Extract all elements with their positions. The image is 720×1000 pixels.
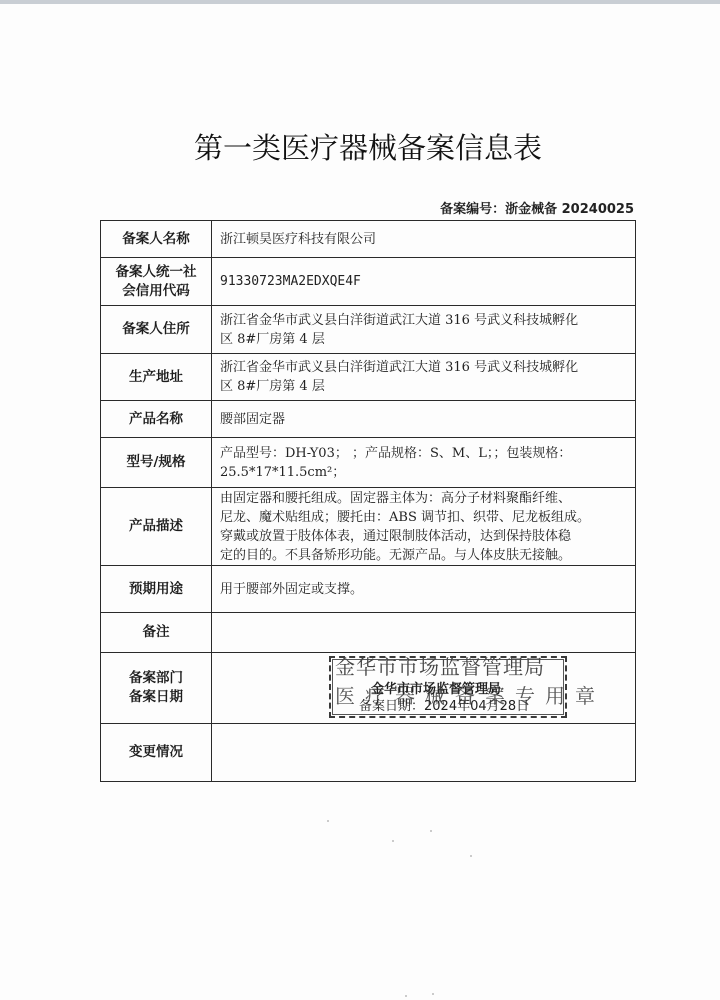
row-value [212,613,636,653]
row-value: 腰部固定器 [212,401,636,438]
scan-speck [327,820,329,822]
top-edge-bar [0,0,720,4]
row-value: 浙江顿昊医疗科技有限公司 [212,221,636,258]
table-row-filer-address: 备案人住所 浙江省金华市武义县白洋街道武江大道 316 号武义科技城孵化 区 8… [101,306,636,354]
scan-speck [392,840,394,842]
scan-speck [430,830,432,832]
stamp-outer-line1: 金华市市场监督管理局 [335,658,545,677]
scan-speck [470,855,472,857]
row-value [212,724,636,782]
row-label: 变更情况 [101,724,212,782]
row-label: 备案人名称 [101,221,212,258]
table-row-model-spec: 型号/规格 产品型号：DH-Y03； ；产品规格：S、M、L；；包装规格： 25… [101,438,636,488]
record-number: 备案编号：浙金械备 20240025 [440,198,634,217]
table-row-intended-use: 预期用途 用于腰部外固定或支撑。 [101,566,636,613]
row-value: 用于腰部外固定或支撑。 [212,566,636,613]
scan-speck [405,995,407,997]
row-label: 产品名称 [101,401,212,438]
filing-info-table: 备案人名称 浙江顿昊医疗科技有限公司 备案人统一社 会信用代码 91330723… [100,220,636,782]
row-label: 型号/规格 [101,438,212,488]
row-value: 浙江省金华市武义县白洋街道武江大道 316 号武义科技城孵化 区 8#厂房第 4… [212,306,636,354]
scan-speck [432,993,434,995]
row-label: 产品描述 [101,488,212,566]
official-seal-stamp: 金华市市场监督管理局 医疗器械备案专用章 金华市市场监督管理局 备案日期：202… [329,656,567,718]
record-number-label: 备案编号： [440,202,505,217]
row-label: 备注 [101,613,212,653]
table-row-filing-dept-date: 备案部门 备案日期 金华市市场监督管理局 医疗器械备案专用章 金华市市场监督管理… [101,653,636,724]
row-label: 备案部门 备案日期 [101,653,212,724]
row-label: 生产地址 [101,354,212,401]
table-row-filer-name: 备案人名称 浙江顿昊医疗科技有限公司 [101,221,636,258]
table-row-remarks: 备注 [101,613,636,653]
table-row-credit-code: 备案人统一社 会信用代码 91330723MA2EDXQE4F [101,258,636,306]
table-row-product-description: 产品描述 由固定器和腰托组成。固定器主体为：高分子材料聚酯纤维、 尼龙、魔术贴组… [101,488,636,566]
table-row-product-name: 产品名称 腰部固定器 [101,401,636,438]
row-label: 预期用途 [101,566,212,613]
table-row-production-address: 生产地址 浙江省金华市武义县白洋街道武江大道 316 号武义科技城孵化 区 8#… [101,354,636,401]
record-number-value: 浙金械备 20240025 [505,202,634,217]
document-title: 第一类医疗器械备案信息表 [0,126,720,167]
table-row-change-history: 变更情况 [101,724,636,782]
row-label: 备案人统一社 会信用代码 [101,258,212,306]
row-value: 91330723MA2EDXQE4F [212,258,636,306]
row-value: 浙江省金华市武义县白洋街道武江大道 316 号武义科技城孵化 区 8#厂房第 4… [212,354,636,401]
row-label: 备案人住所 [101,306,212,354]
stamp-filing-date: 备案日期：2024年04月28日 [359,697,529,716]
row-value: 由固定器和腰托组成。固定器主体为：高分子材料聚酯纤维、 尼龙、魔术贴组成；腰托由… [212,488,636,566]
row-value: 金华市市场监督管理局 医疗器械备案专用章 金华市市场监督管理局 备案日期：202… [212,653,636,724]
row-value: 产品型号：DH-Y03； ；产品规格：S、M、L；；包装规格： 25.5*17*… [212,438,636,488]
